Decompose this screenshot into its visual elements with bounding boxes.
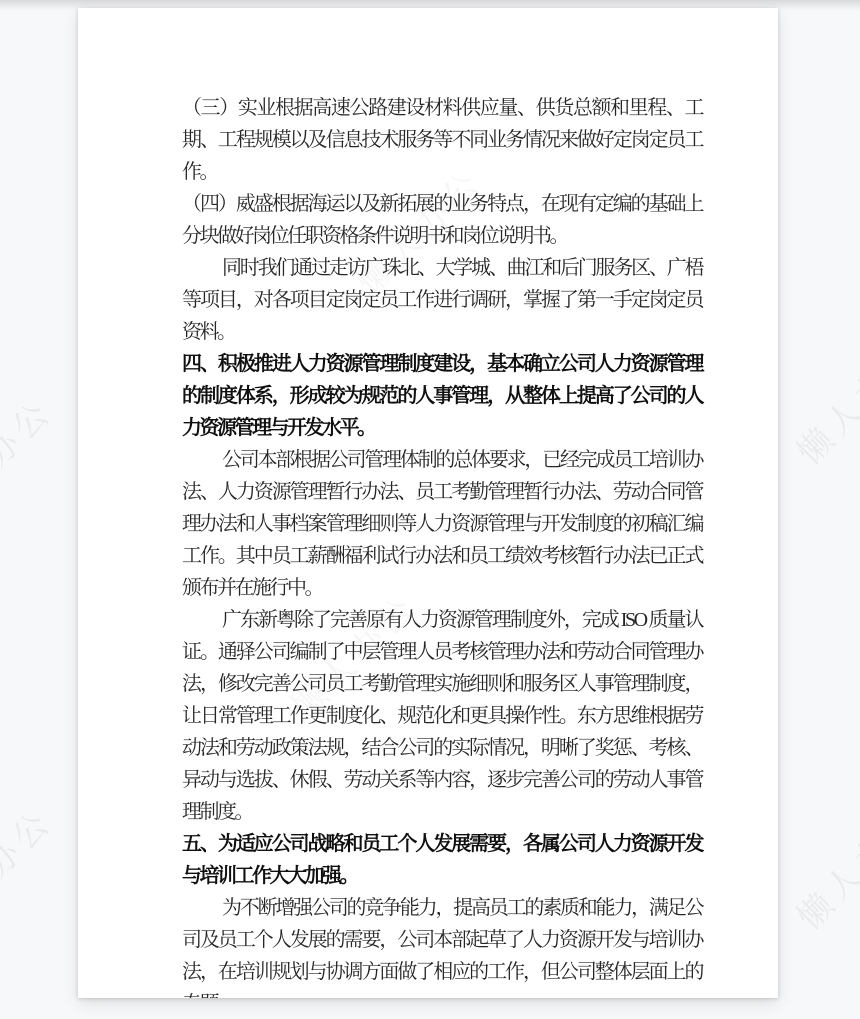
paragraph-subsidiaries: 广东新粤除了完善原有人力资源管理制度外，完成 ISO 质量认证。通驿公司编制了中… (182, 604, 702, 828)
document-body: （三）实业根据高速公路建设材料供应量、供货总额和里程、工期、工程规模以及信息技术… (182, 92, 702, 998)
watermark: 懒人办公 (0, 796, 62, 944)
watermark: 懒人办公 (784, 791, 860, 939)
document-page: （三）实业根据高速公路建设材料供应量、供货总额和里程、工期、工程规模以及信息技术… (78, 8, 778, 998)
watermark: 懒人办公 (0, 386, 62, 534)
paragraph-hq-systems: 公司本部根据公司管理体制的总体要求，已经完成员工培训办法、人力资源管理暂行办法、… (182, 444, 702, 604)
paragraph-training: 为不断增强公司的竞争能力，提高员工的素质和能力，满足公司及员工个人发展的需要，公… (182, 892, 702, 998)
paragraph-survey: 同时我们通过走访广珠北、大学城、曲江和后门服务区、广梧等项目，对各项目定岗定员工… (182, 252, 702, 348)
watermark: 懒人办公 (784, 326, 860, 474)
section-heading-4: 四、积极推进人力资源管理制度建设，基本确立公司人力资源管理的制度体系，形成较为规… (182, 348, 702, 444)
paragraph-item-3: （三）实业根据高速公路建设材料供应量、供货总额和里程、工期、工程规模以及信息技术… (182, 92, 702, 188)
section-heading-5: 五、为适应公司战略和员工个人发展需要，各属公司人力资源开发与培训工作大大加强。 (182, 828, 702, 892)
paragraph-item-4: （四）威盛根据海运以及新拓展的业务特点，在现有定编的基础上分块做好岗位任职资格条… (182, 188, 702, 252)
